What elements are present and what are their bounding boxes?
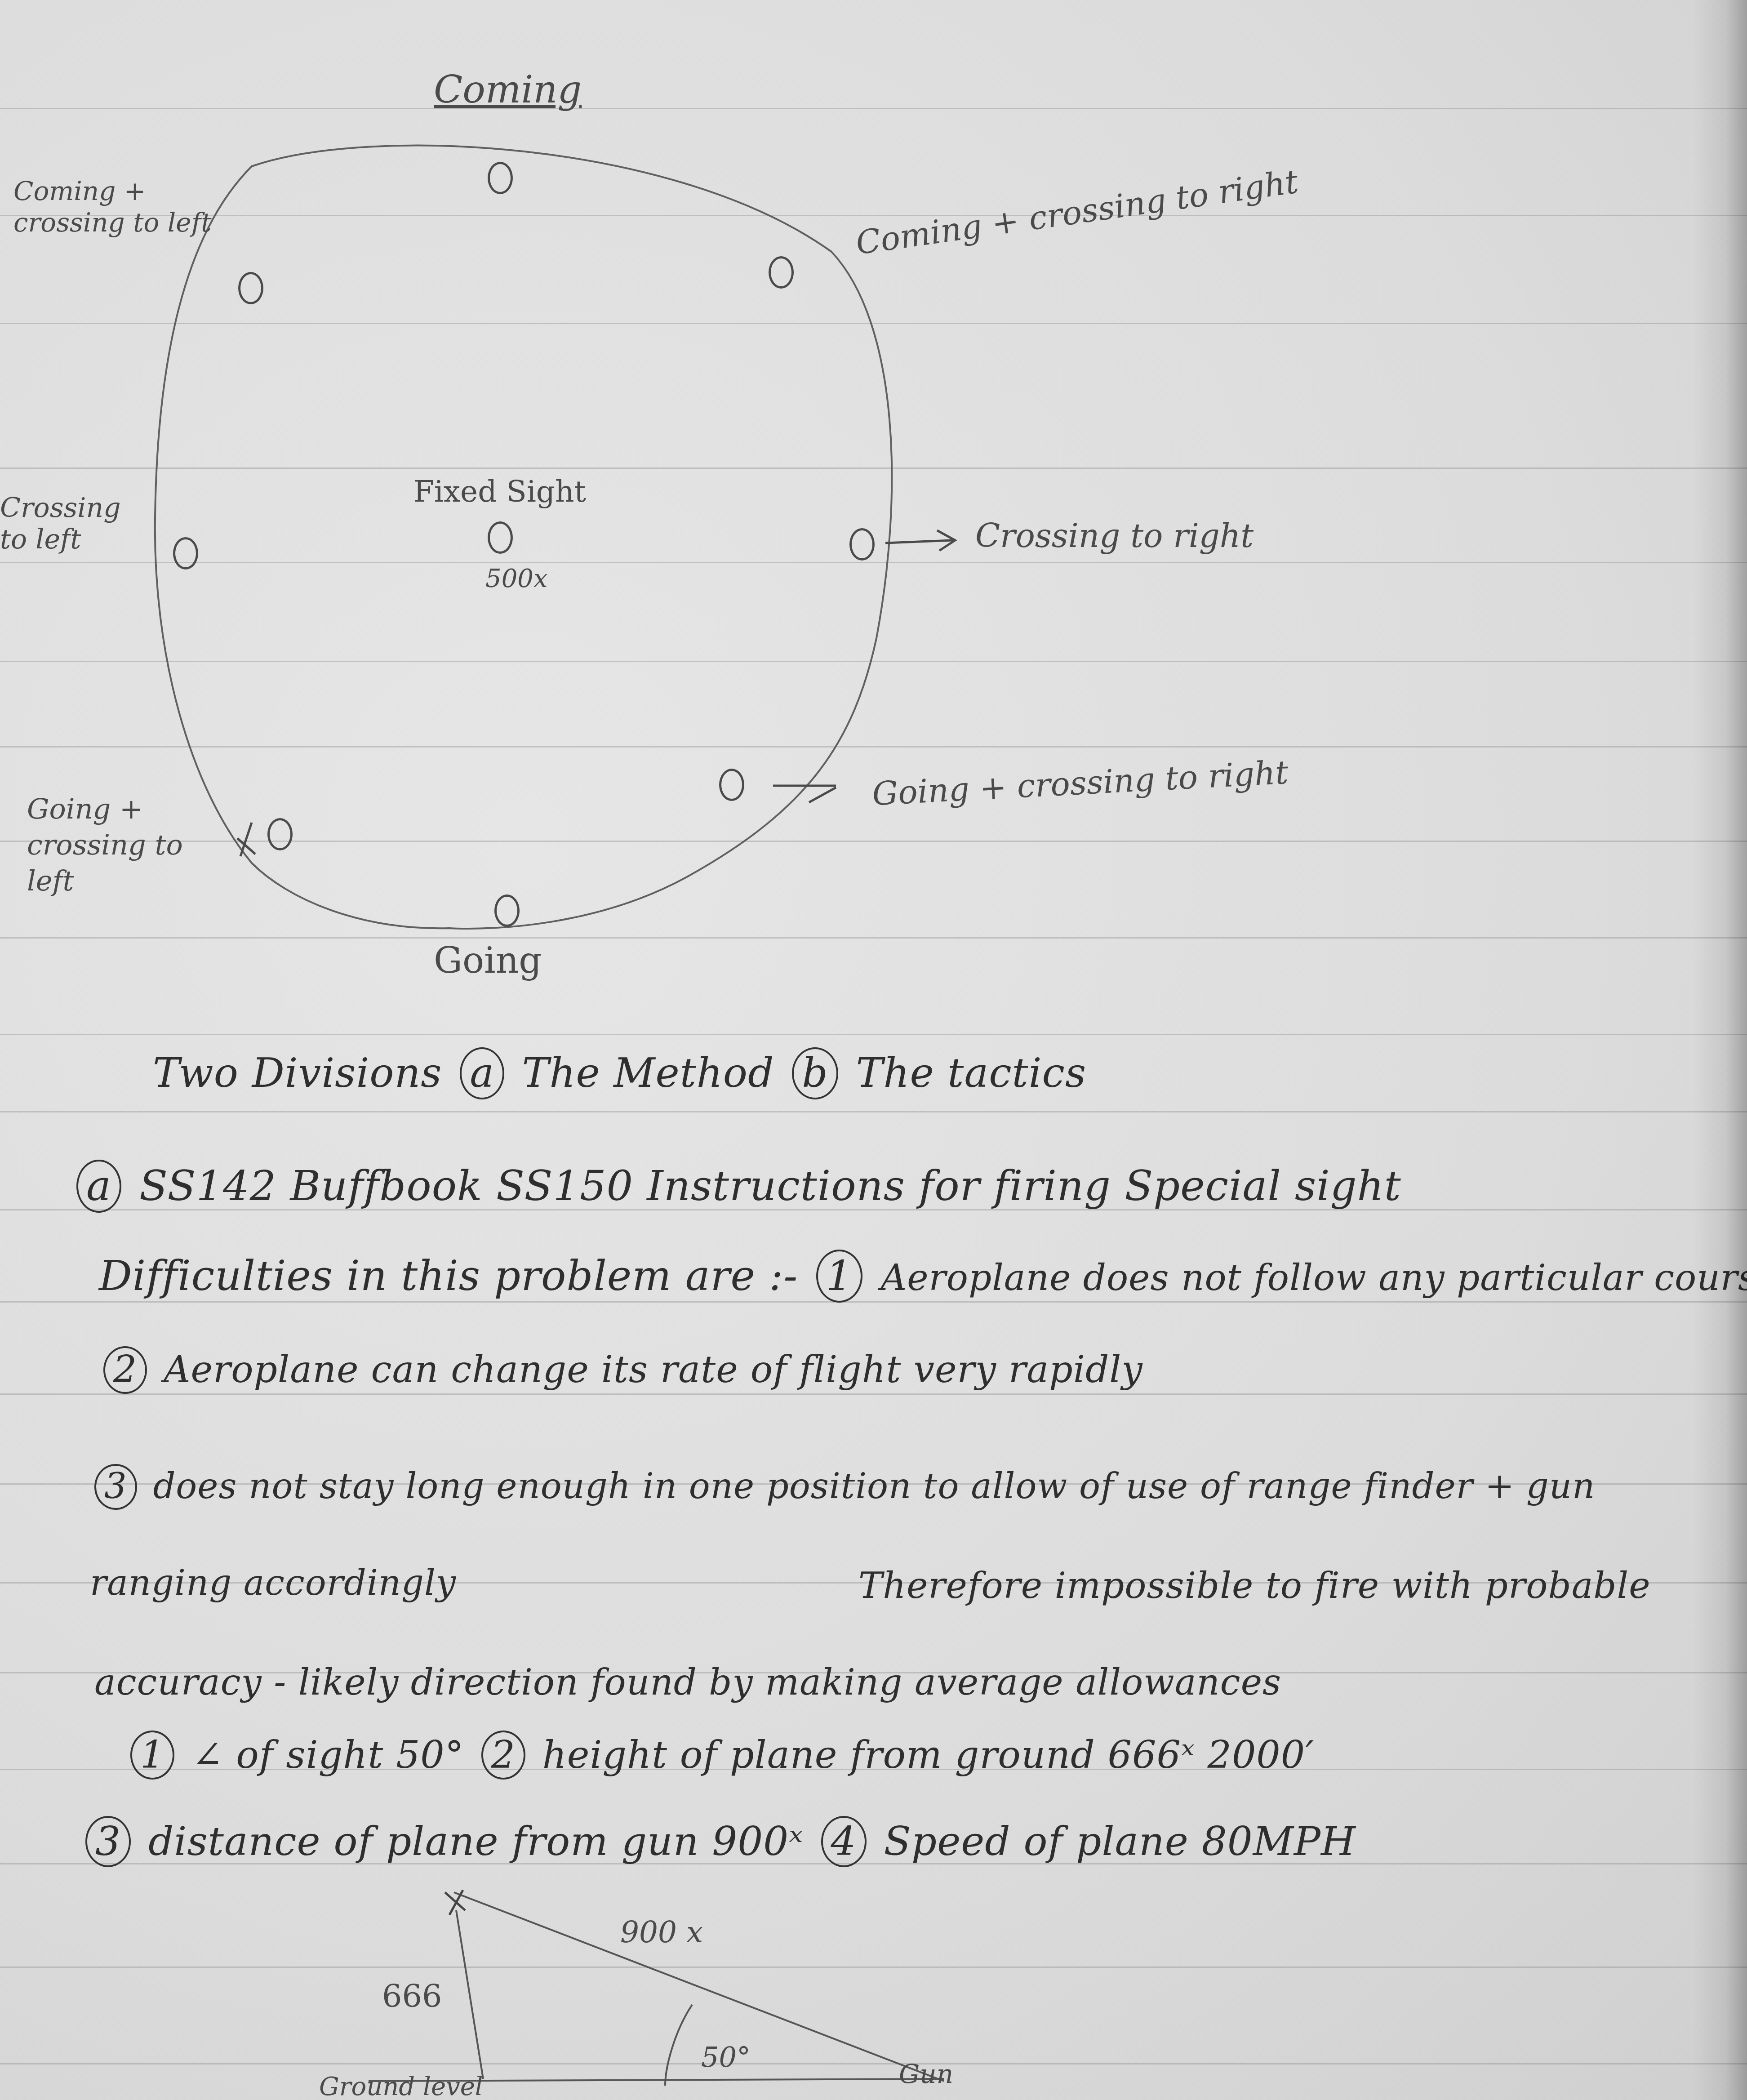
heading-tactics: The tactics [856,1050,1086,1097]
marker-crossing-left [173,537,198,569]
label-going: Going [434,939,542,981]
difficulty-2: 2 Aeroplane can change its rate of fligh… [99,1346,1143,1394]
triangle-gun-label: Gun [899,2059,953,2089]
height-line [456,1910,483,2079]
arrow-right-icon [885,540,953,543]
difficulty-text: Aeroplane can change its rate of flight … [164,1348,1143,1391]
heading-lead: Two Divisions [153,1050,442,1097]
allowance-text: distance of plane from gun 900ˣ [148,1818,804,1864]
label-fixed-sight: Fixed Sight [413,474,586,509]
triangle-ground-label: Ground level [319,2072,483,2100]
marker-going-crossing-left [267,818,293,850]
notes-heading: Two Divisions a The Method b The tactics [153,1047,1086,1099]
marker-going [494,894,520,927]
marker-crossing-right [849,528,875,561]
marker-coming [488,162,513,194]
difficulty-number: 3 [94,1464,137,1510]
allowance-row-2: 3 distance of plane from gun 900ˣ 4 Spee… [81,1816,1356,1867]
allowance-number: 2 [481,1731,525,1780]
therefore-text: Therefore impossible to fire with probab… [94,1537,1712,1731]
notes-line-a: a SS142 Buffbook SS150 Instructions for … [72,1160,1401,1213]
allowance-number: 1 [130,1731,174,1780]
difficulties-label: Difficulties in this problem are :- [99,1252,798,1300]
difficulty-text: Aeroplane does not follow any particular… [880,1257,1747,1299]
allowance-row-1: 1 ∠ of sight 50° 2 height of plane from … [126,1731,1314,1780]
label-coming: Coming [434,67,582,111]
allowance-number: 4 [821,1816,867,1867]
triangle-angle-label: 50° [701,2041,751,2073]
marker-going-crossing-right [719,769,744,801]
heading-marker-a: a [460,1047,504,1099]
difficulties-intro: Difficulties in this problem are :- 1 Ae… [99,1250,1747,1303]
heading-marker-b: b [792,1047,838,1099]
allowance-text: Speed of plane 80MPH [884,1818,1356,1864]
allowance-text: ∠ of sight 50° [191,1733,464,1777]
label-coming-crossing-left: Coming + crossing to left [13,175,247,238]
marker-coming-crossing-right [769,256,794,289]
label-crossing-right: Crossing to right [975,517,1254,555]
heading-method: The Method [522,1050,774,1097]
marker-coming-crossing-left [238,272,263,304]
label-fixed-sight-range: 500x [485,564,547,593]
allowance-number: 3 [85,1816,131,1867]
marker-fixed-sight [488,521,513,554]
label-going-crossing-left: Going + crossing to left [27,791,225,899]
difficulty-number: 2 [103,1346,147,1394]
difficulty-number: 1 [816,1250,863,1303]
allowance-text: height of plane from ground 666ˣ 2000′ [542,1733,1315,1777]
angle-arc [665,2005,692,2086]
marker-a: a [76,1160,121,1213]
references-text: SS142 Buffbook SS150 Instructions for fi… [139,1162,1401,1210]
label-crossing-left: Crossing to left [0,492,135,555]
notebook-page: Coming Coming + crossing to left Coming … [0,0,1747,2100]
triangle-hypotenuse-label: 900 x [620,1915,703,1949]
triangle-height-label: 666 [382,1978,442,2015]
